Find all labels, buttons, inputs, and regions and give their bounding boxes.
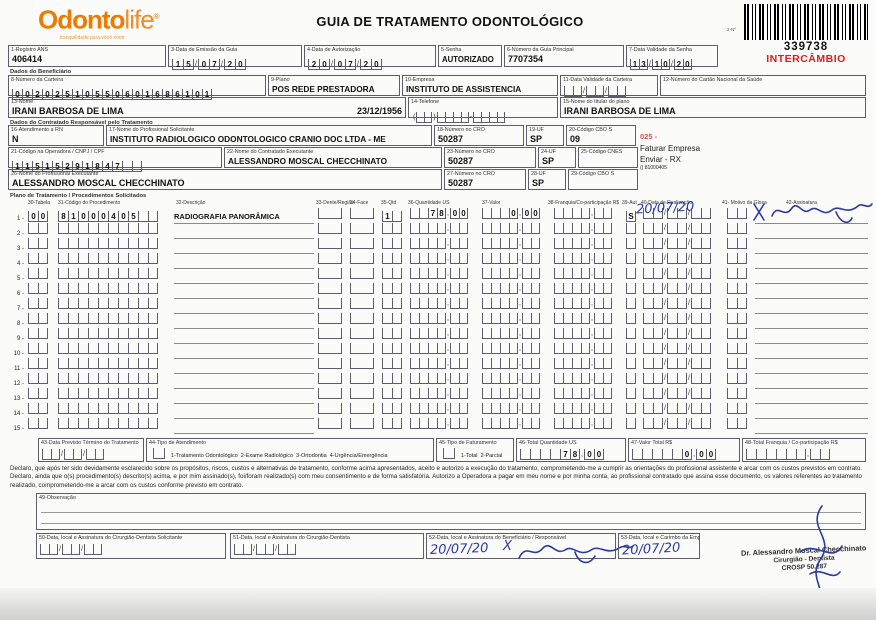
field-label: 9-Plano xyxy=(269,76,399,84)
field-label: 43-Data Previsto Término do Tratamento xyxy=(39,439,143,447)
row-number: 3 - xyxy=(8,246,24,254)
field-label: 44-Tipo de Atendimento xyxy=(147,439,433,447)
phone-comb: ()- xyxy=(412,112,505,123)
barcode xyxy=(744,4,868,40)
page-title: GUIA DE TRATAMENTO ODONTOLÓGICO xyxy=(290,14,610,29)
col-desc xyxy=(174,242,314,254)
date-comb: 15/07/20 xyxy=(172,59,246,70)
franquia-total-comb: , xyxy=(746,449,830,460)
row-number: 8 - xyxy=(8,321,24,329)
beneficiary-name: IRANI BARBOSA DE LIMA xyxy=(12,106,124,117)
field-label: 22-Nome do Contratado Executante xyxy=(225,148,441,156)
tipo-atendimento-checkbox xyxy=(153,448,165,459)
field-cro-solicitante: 18-Número no CRO 50287 xyxy=(434,125,524,146)
col-ass xyxy=(755,422,868,434)
field-profissional-solicitante: 17-Nome do Profissional Solicitante INST… xyxy=(106,125,432,146)
barcode-number-label: 2-Nº xyxy=(727,27,736,32)
field-value: 50287 xyxy=(445,156,535,167)
row-number: 7 - xyxy=(8,306,24,314)
col-desc xyxy=(174,377,314,389)
section-beneficiario: Dados do Beneficiário xyxy=(10,69,71,75)
col-ass xyxy=(755,257,868,269)
field-label: 8-Número da Carteira xyxy=(9,76,265,84)
col-mot xyxy=(727,416,751,434)
field-data-emissao: 3-Data de Emissão da Guia 15/07/20 xyxy=(168,45,302,67)
field-titular-plano: 15-Nome do titular do plano IRANI BARBOS… xyxy=(560,97,866,118)
field-label: 21-Código na Operadora / CNPJ / CPF xyxy=(9,148,221,156)
field-uf-executante: 24-UF SP xyxy=(538,147,576,168)
col-desc xyxy=(174,287,314,299)
date-comb: // xyxy=(564,86,626,97)
row1-handwritten-date: 20/07/20 xyxy=(636,199,695,217)
col-ass xyxy=(755,407,868,419)
field-cbo-profissional: 29-Código CBO S xyxy=(568,169,638,190)
col-ass xyxy=(755,347,868,359)
field-uf-solicitante: 19-UF SP xyxy=(526,125,564,146)
row-number: 2 - xyxy=(8,231,24,239)
tipo-faturamento-options: 1-Total 2-Parcial xyxy=(461,450,502,462)
row-number: 1 - xyxy=(8,216,24,224)
barcode-number: 339738 xyxy=(744,41,868,53)
field-label: 13-Nome xyxy=(9,98,405,106)
field-nome-beneficiario: 13-Nome IRANI BARBOSA DE LIMA 23/12/1956 xyxy=(8,97,406,118)
field-cbo-solicitante: 20-Código CBO S 09 xyxy=(566,125,636,146)
field-label: 1-Registro ANS xyxy=(9,46,165,54)
beneficiary-x-mark: X xyxy=(503,539,512,554)
field-value: POS REDE PRESTADORA xyxy=(269,84,399,95)
row-number: 15 - xyxy=(8,426,24,434)
col-ass xyxy=(755,377,868,389)
col-desc xyxy=(174,422,314,434)
observation-line xyxy=(41,513,861,524)
date-comb: // xyxy=(40,544,102,555)
field-observacao: 49-Observação xyxy=(36,493,866,530)
row-number: 4 - xyxy=(8,261,24,269)
logo-text-odonto: Odonto xyxy=(38,5,124,35)
field-label: 15-Nome do titular do plano xyxy=(561,98,865,106)
field-label: 24-UF xyxy=(539,148,575,156)
tipo-atendimento-options: 1-Tratamento Odontológico 2-Exame Radiol… xyxy=(171,450,388,462)
col-desc xyxy=(174,362,314,374)
field-label: 45-Tipo de Faturamento xyxy=(437,439,513,447)
field-label: 16-Atendimento a RN xyxy=(9,126,103,134)
field-label: 12-Número do Cartão Nacional da Saúde xyxy=(661,76,865,84)
col-desc xyxy=(174,347,314,359)
beneficiary-birthdate: 23/12/1956 xyxy=(357,106,402,117)
annotation-line: Enviar - RX xyxy=(640,155,700,164)
field-label: 23-Número no CRO xyxy=(445,148,535,156)
col-val: , xyxy=(482,416,550,434)
field-assinatura-beneficiario: 52-Data, local e Assinatura do Beneficiá… xyxy=(426,533,616,559)
field-value: N xyxy=(9,134,103,145)
date-comb: 13/10/20 xyxy=(630,59,692,70)
logo-text-life: life xyxy=(124,5,153,35)
field-value: SP xyxy=(529,178,565,189)
field-label: 4-Data de Autorização xyxy=(305,46,435,54)
col-ass xyxy=(755,362,868,374)
col-desc xyxy=(174,332,314,344)
company-handwritten-date: 20/07/20 xyxy=(622,540,681,558)
col-desc xyxy=(174,407,314,419)
beneficiary-signature-scribble xyxy=(515,538,635,568)
col-ass xyxy=(755,332,868,344)
field-label: 10-Empresa xyxy=(403,76,557,84)
field-empresa: 10-Empresa INSTITUTO DE ASSISTENCIA xyxy=(402,75,558,96)
row-number: 11 - xyxy=(8,366,24,374)
field-value: INSTITUTO RADIOLOGICO ODONTOLOGICO CRANI… xyxy=(107,134,431,145)
col-desc xyxy=(174,317,314,329)
col-desc xyxy=(174,272,314,284)
row-number: 13 - xyxy=(8,396,24,404)
field-guia-principal: 6-Número da Guia Principal 7707354 xyxy=(504,45,624,67)
table-row: 15 -,,,// xyxy=(8,419,868,434)
field-uf-profissional: 28-UF SP xyxy=(528,169,566,190)
field-atendimento-rn: 16-Atendimento a RN N xyxy=(8,125,104,146)
row-number: 10 - xyxy=(8,351,24,359)
field-carimbo-empresa: 53-Data, local e Carimbo da Empresa 20/0… xyxy=(618,533,700,559)
field-label: 18-Número no CRO xyxy=(435,126,523,134)
field-label: 14-Telefone xyxy=(409,98,557,106)
col-ass xyxy=(755,287,868,299)
field-value: 50287 xyxy=(445,178,525,189)
field-value: INSTITUTO DE ASSISTENCIA xyxy=(403,84,557,95)
field-label: 3-Data de Emissão da Guia xyxy=(169,46,301,54)
logo-wordmark: Odontolife® xyxy=(38,2,159,35)
field-label: 20-Código CBO S xyxy=(567,126,635,134)
col-qus: , xyxy=(410,416,478,434)
field-cro-executante: 23-Número no CRO 50287 xyxy=(444,147,536,168)
field-value: ALESSANDRO MOSCAL CHECCHINATO xyxy=(9,178,441,189)
field-cnes: 25-Código CNES xyxy=(578,147,638,168)
annotation-line: () 81000405 xyxy=(640,165,700,171)
tipo-faturamento-checkbox xyxy=(443,448,455,459)
observation-line xyxy=(41,502,861,513)
field-value: 09 xyxy=(567,134,635,145)
field-value: AUTORIZADO xyxy=(439,54,501,65)
declaration-text: Declaro, que após ter sido devidamente e… xyxy=(10,465,862,492)
field-cro-profissional: 27-Número no CRO 50287 xyxy=(444,169,526,190)
field-data-autorizacao: 4-Data de Autorização 20/07/20 xyxy=(304,45,436,67)
col-ass xyxy=(755,272,868,284)
field-assinatura-solicitante: 50-Data, local e Assinatura do Cirurgião… xyxy=(36,533,226,559)
field-value: IRANI BARBOSA DE LIMA xyxy=(561,106,865,117)
field-valor-total: 47-Valor Total R$ 0,00 xyxy=(628,438,740,462)
logo-tagline: tranquilidade para você sorrir xyxy=(60,35,159,41)
row-number: 9 - xyxy=(8,336,24,344)
field-registro-ans: 1-Registro ANS 406414 xyxy=(8,45,166,67)
field-value: SP xyxy=(527,134,563,145)
odontolife-logo: Odontolife® tranquilidade para você sorr… xyxy=(38,2,159,46)
field-label: 47-Valor Total R$ xyxy=(629,439,739,447)
field-label: 28-UF xyxy=(529,170,565,178)
field-label: 26-Nome do Profissional Executante xyxy=(9,170,441,178)
col-fra: , xyxy=(554,416,622,434)
field-value: ALESSANDRO MOSCAL CHECCHINATO xyxy=(225,156,441,167)
field-label: 27-Número no CRO xyxy=(445,170,525,178)
annotation-line: Faturar Empresa xyxy=(640,144,700,153)
field-label: 17-Nome do Profissional Solicitante xyxy=(107,126,431,134)
field-value: 7707354 xyxy=(505,54,623,65)
col-face xyxy=(350,416,378,434)
field-label: 11-Data Validade da Carteira xyxy=(561,76,657,84)
row-number: 6 - xyxy=(8,291,24,299)
field-label: 49-Observação xyxy=(37,494,865,502)
col-desc xyxy=(174,227,314,239)
date-comb: 20/07/20 xyxy=(308,59,382,70)
field-numero-carteira: 8-Número da Carteira 0020251055060168610… xyxy=(8,75,266,96)
field-value: SP xyxy=(539,156,575,167)
field-label: 25-Código CNES xyxy=(579,148,637,156)
col-cod xyxy=(58,416,170,434)
scan-edge-shadow xyxy=(0,588,876,620)
col-header: 32-Descrição xyxy=(176,200,205,206)
beneficiary-handwritten-date: 20/07/20 xyxy=(430,541,489,558)
field-label: 53-Data, local e Carimbo da Empresa xyxy=(619,534,699,542)
col-qtd xyxy=(382,416,406,434)
col-tab xyxy=(28,416,54,434)
col-ass xyxy=(755,392,868,404)
field-label: 7-Data Validade da Senha xyxy=(627,46,717,54)
field-value: 50287 xyxy=(435,134,523,145)
field-assinatura-dentista: 51-Data, local e Assinatura do Cirurgião… xyxy=(230,533,424,559)
col-desc: RADIOGRAFIA PANORÂMICA xyxy=(174,212,314,224)
col-ass xyxy=(755,302,868,314)
field-label: 50-Data, local e Assinatura do Cirurgião… xyxy=(37,534,225,542)
billing-annotation: 025 - Faturar Empresa Enviar - RX () 810… xyxy=(640,132,700,171)
field-plano: 9-Plano POS REDE PRESTADORA xyxy=(268,75,400,96)
field-cartao-nacional-saude: 12-Número do Cartão Nacional da Saúde xyxy=(660,75,866,96)
row1-signature-scribble xyxy=(748,196,874,230)
col-aut xyxy=(626,416,639,434)
field-label: 51-Data, local e Assinatura do Cirurgião… xyxy=(231,534,423,542)
registered-mark: ® xyxy=(154,12,159,21)
field-total-franquia: 48-Total Franquia / Co-participação R$ , xyxy=(742,438,866,462)
col-desc xyxy=(174,302,314,314)
valor-total-comb: 0,00 xyxy=(632,449,716,460)
row-number: 12 - xyxy=(8,381,24,389)
field-label: 29-Código CBO S xyxy=(569,170,637,178)
field-value: 406414 xyxy=(9,54,165,65)
field-label: 6-Número da Guia Principal xyxy=(505,46,623,54)
col-data: // xyxy=(643,416,723,434)
field-total-quantidade-us: 46-Total Quantidade US 78,00 xyxy=(516,438,626,462)
field-validade-senha: 7-Data Validade da Senha 13/10/20 xyxy=(626,45,718,67)
field-label: 48-Total Franquia / Co-participação R$ xyxy=(743,439,865,447)
field-tipo-faturamento: 45-Tipo de Faturamento 1-Total 2-Parcial xyxy=(436,438,514,462)
row-number: 5 - xyxy=(8,276,24,284)
intercambio-stamp: INTERCÂMBIO xyxy=(744,53,868,65)
col-dente xyxy=(318,416,346,434)
field-telefone: 14-Telefone ()- xyxy=(408,97,558,118)
field-label: 5-Senha xyxy=(439,46,501,54)
date-comb: // xyxy=(42,449,104,460)
field-data-termino: 43-Data Previsto Término do Tratamento /… xyxy=(38,438,144,462)
field-profissional-executante: 26-Nome do Profissional Executante ALESS… xyxy=(8,169,442,190)
col-ass xyxy=(755,317,868,329)
date-comb: // xyxy=(234,544,296,555)
section-plano: Plano de Tratamento / Procedimentos Soli… xyxy=(10,193,146,199)
col-desc xyxy=(174,392,314,404)
col-desc xyxy=(174,257,314,269)
annotation-code: 025 - xyxy=(640,132,700,141)
field-label: 46-Total Quantidade US xyxy=(517,439,625,447)
field-codigo-operadora: 21-Código na Operadora / CNPJ / CPF 1151… xyxy=(8,147,222,168)
field-validade-carteira: 11-Data Validade da Carteira // xyxy=(560,75,658,96)
field-contratado-executante: 22-Nome do Contratado Executante ALESSAN… xyxy=(224,147,442,168)
field-tipo-atendimento: 44-Tipo de Atendimento 1-Tratamento Odon… xyxy=(146,438,434,462)
col-ass xyxy=(755,242,868,254)
row-number: 14 - xyxy=(8,411,24,419)
field-label: 19-UF xyxy=(527,126,563,134)
field-senha: 5-Senha AUTORIZADO xyxy=(438,45,502,67)
total-us-comb: 78,00 xyxy=(520,449,604,460)
procedures-rows: 1 -0081000405RADIOGRAFIA PANORÂMICA178,0… xyxy=(8,209,868,434)
